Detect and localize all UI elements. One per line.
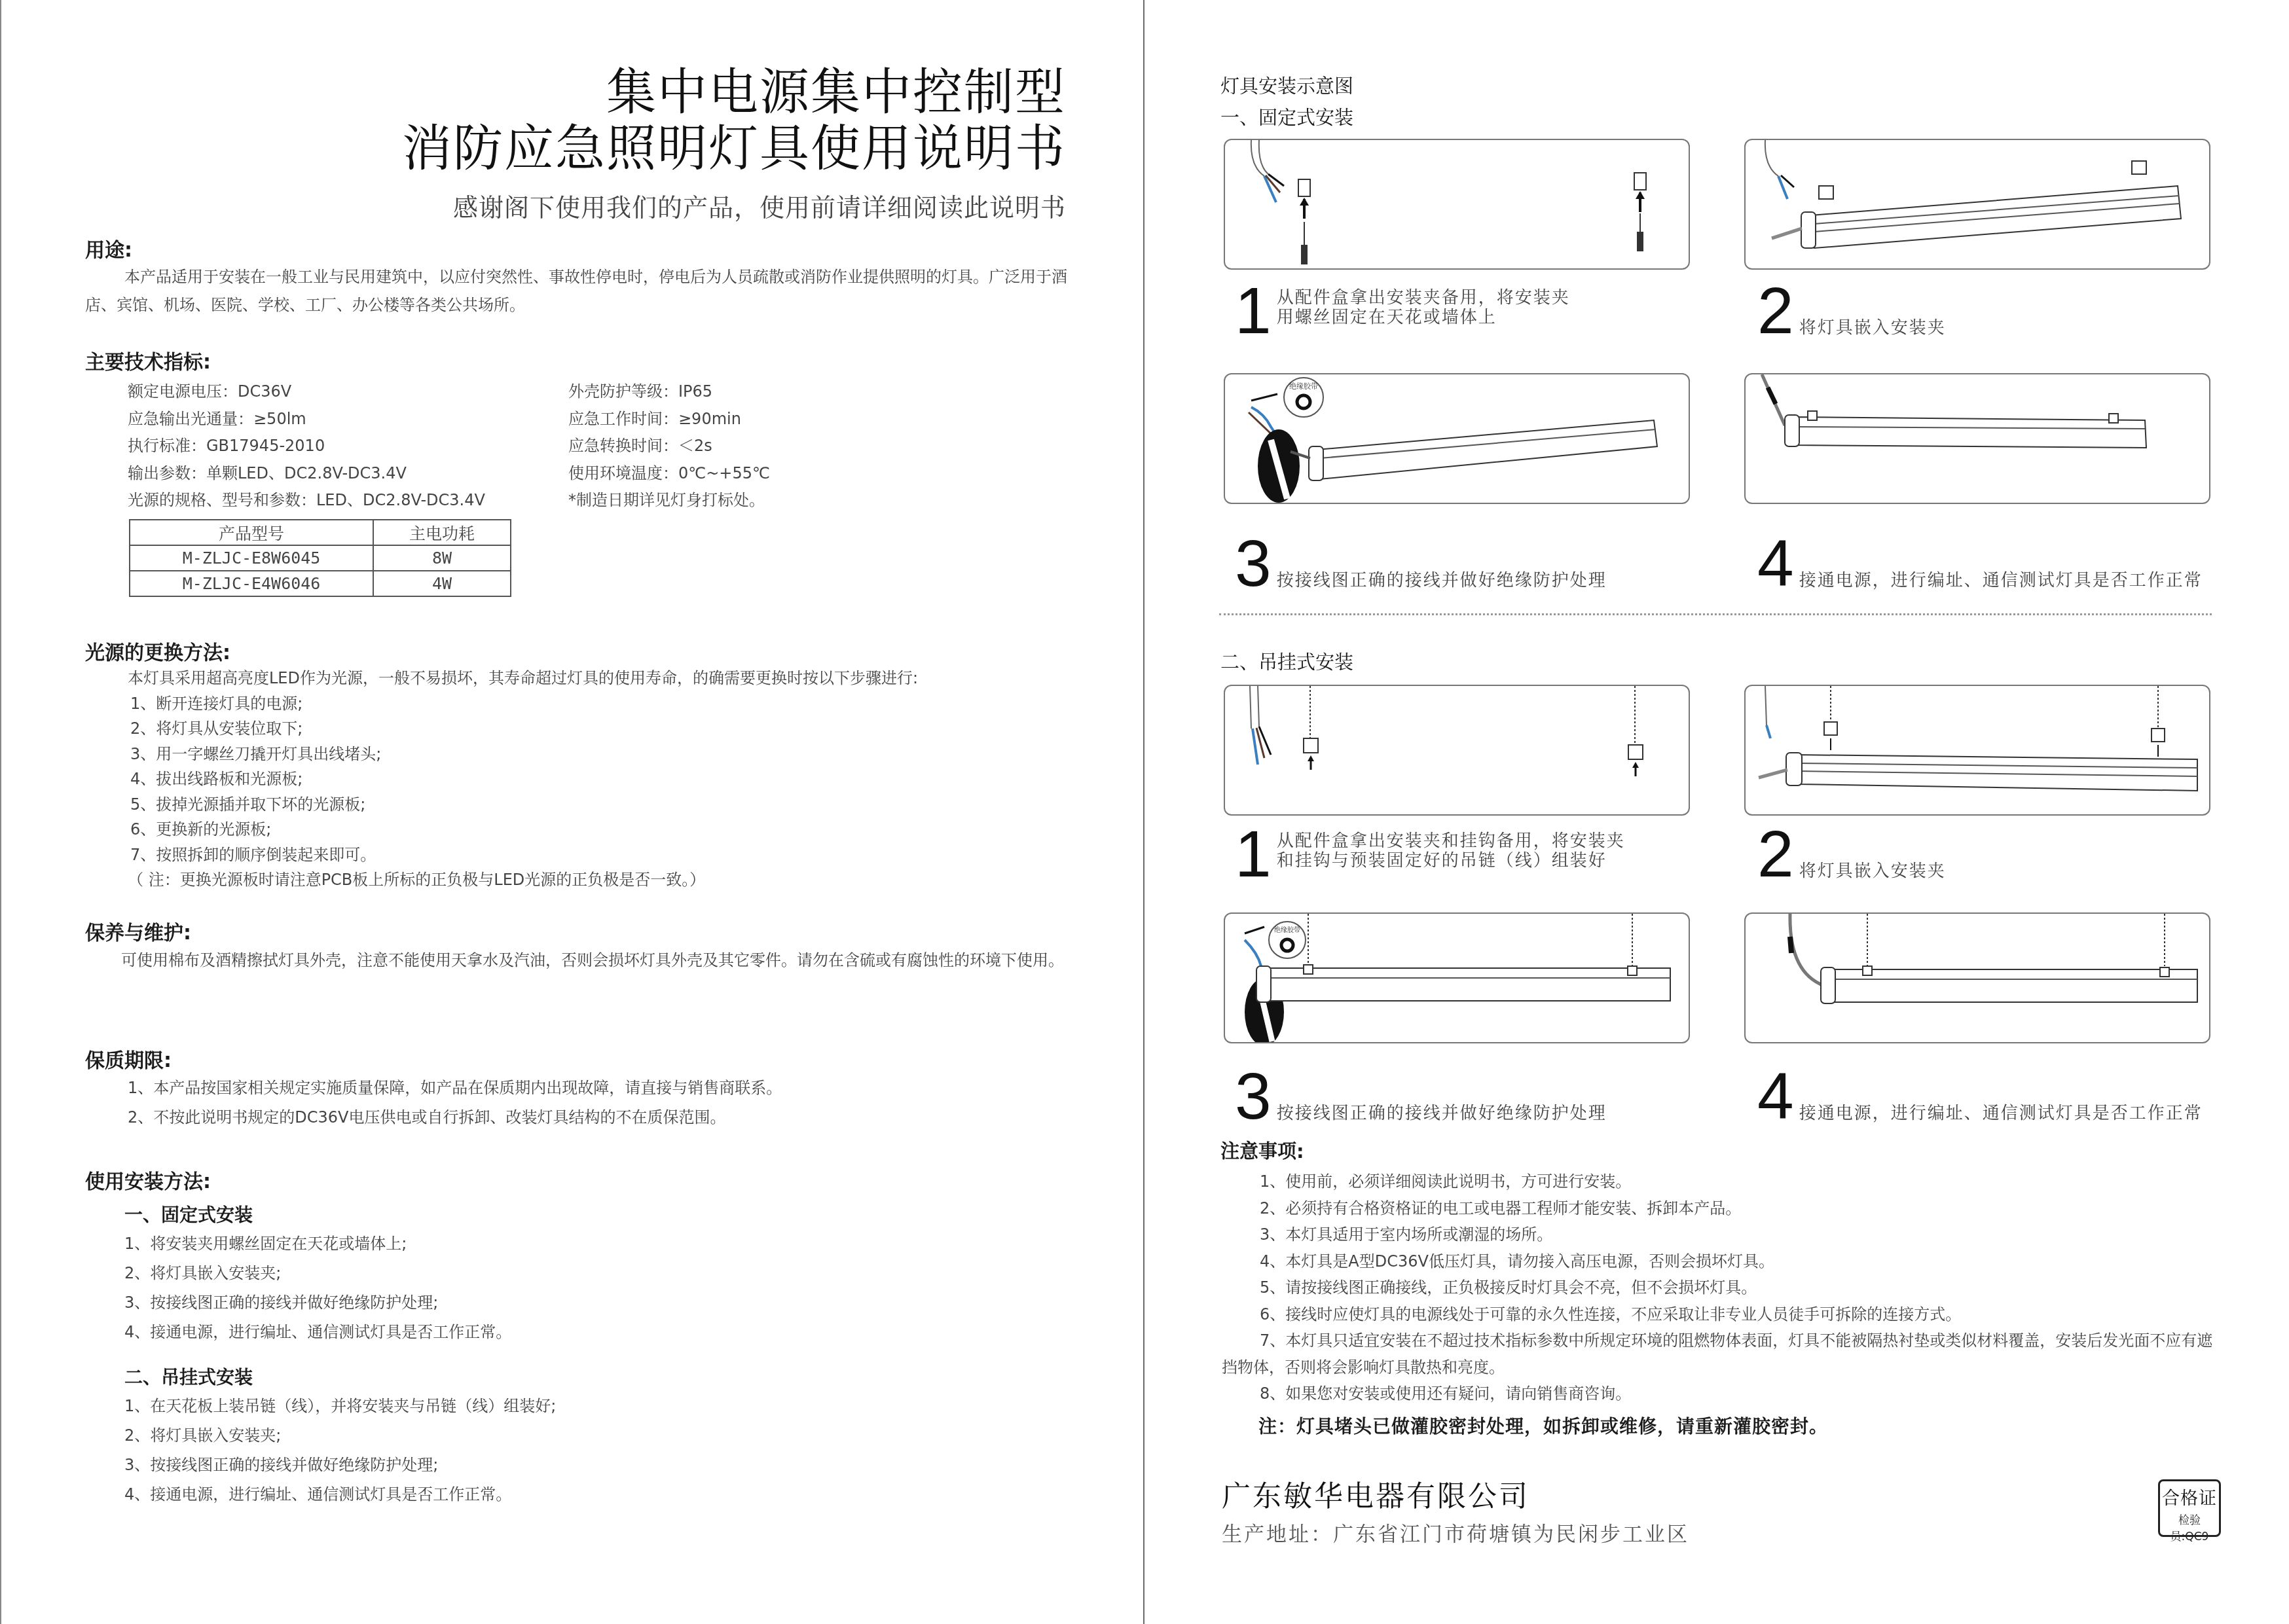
power-on-illustration [1746,374,2210,504]
step-text-line: 从配件盒拿出安装夹备用，将安装夹 [1277,288,1570,308]
purpose-text: 本产品适用于安装在一般工业与民用建筑中，以应付突然性、事故性停电时，停电后为人员… [85,263,1067,319]
tape-label: 绝缘胶带 [1289,382,1318,391]
table-cell: 4W [373,571,511,596]
list-item: 2、将灯具嵌入安装夹; [124,1421,556,1451]
hanging-step-3: 3 按接线图正确的接线并做好绝缘防护处理 [1235,1068,1607,1125]
screwdriver-clip-illustration [1225,140,1690,270]
replacement-list: 本灯具采用超高亮度LED作为光源，一般不易损坏，其寿命超过灯具的使用寿命，的确需… [128,666,918,893]
list-item: 1、在天花板上装吊链（线），并将安装夹与吊链（线）组装好; [124,1392,556,1421]
spec-left: 输出参数：单颗LED、DC2.8V-DC3.4V [128,460,568,483]
spec-left: 额定电源电压：DC36V [128,378,568,401]
note-item: 5、请按接线图正确接线，正负极接反时灯具会不亮，但不会损坏灯具。 [1222,1274,2217,1301]
title-line-2: 消防应急照明灯具使用说明书 [402,120,1066,177]
step-text: 接通电源，进行编址、通信测试灯具是否工作正常 [1799,1104,2203,1125]
list-item: 1、断开连接灯具的电源; [128,691,918,717]
lamp-insert-illustration [1746,140,2210,270]
qc-inspector: 检验员:QC9 [2160,1511,2219,1543]
spec-row: 应急输出光通量：≥50lm应急工作时间：≥90min [128,404,848,431]
warranty-list: 1、本产品按国家相关规定实施质量保障，如产品在保质期内出现故障，请直接与销售商联… [128,1074,782,1132]
wiring-tape-illustration: 绝缘胶带 [1225,374,1690,504]
chain-wiring-tape-illustration: 绝缘胶带 [1225,914,1690,1043]
installation-heading: 使用安装方法: [85,1165,211,1194]
list-item: 4、接通电源，进行编址、通信测试灯具是否工作正常。 [124,1480,556,1509]
step-number: 3 [1235,535,1272,592]
list-item: 1、本产品按国家相关规定实施质量保障，如产品在保质期内出现故障，请直接与销售商联… [128,1074,782,1103]
step-text: 将灯具嵌入安装夹 [1799,861,1946,882]
step-number: 3 [1235,1068,1272,1125]
list-item: 2、将灯具从安装位取下; [128,716,918,742]
spec-row: 输出参数：单颗LED、DC2.8V-DC3.4V使用环境温度：0℃~+55℃ [128,458,848,486]
step-number: 2 [1757,283,1794,339]
note-item: 2、必须持有合格资格证的电工或电器工程师才能安装、拆卸本产品。 [1222,1195,2217,1222]
list-item: 3、按接线图正确的接线并做好绝缘防护处理; [124,1451,556,1480]
replacement-intro: 本灯具采用超高亮度LED作为光源，一般不易损坏，其寿命超过灯具的使用寿命，的确需… [128,666,918,691]
maintenance-heading: 保养与维护: [85,916,191,945]
step-text: 接通电源，进行编址、通信测试灯具是否工作正常 [1799,571,2203,592]
table-row: M-ZLJC-E8W6045 8W [130,545,511,571]
table-row: M-ZLJC-E4W6046 4W [130,571,511,596]
step-text: 按接线图正确的接线并做好绝缘防护处理 [1277,571,1607,592]
spec-right: 外壳防护等级：IP65 [568,378,712,401]
warranty-heading: 保质期限: [85,1044,172,1073]
diagram-panel-fixed-2 [1744,139,2210,270]
notes-list: 1、使用前，必须详细阅读此说明书，方可进行安装。 2、必须持有合格资格证的电工或… [1222,1168,2217,1407]
step-number: 1 [1235,283,1272,339]
tape-label: 绝缘胶带 [1274,926,1300,934]
step-number: 4 [1757,1068,1794,1125]
note-item: 8、如果您对安装或使用还有疑问，请向销售商咨询。 [1222,1380,2217,1407]
section-divider [1219,613,2212,615]
fixed-install-list: 1、将安装夹用螺丝固定在天花或墙体上; 2、将灯具嵌入安装夹; 3、按接线图正确… [124,1229,511,1347]
qc-title: 合格证 [2160,1484,2219,1509]
purpose-heading: 用途: [85,234,132,262]
spec-row: 额定电源电压：DC36V外壳防护等级：IP65 [128,376,848,404]
spec-row: 光源的规格、型号和参数：LED、DC2.8V-DC3.4V*制造日期详见灯身打标… [128,485,848,513]
diagram-panel-hanging-3: 绝缘胶带 [1224,912,1690,1043]
step-text-line: 和挂钩与预装固定好的吊链（线）组装好 [1277,851,1625,871]
spec-right: 应急转换时间：＜2s [568,433,712,456]
step-text: 按接线图正确的接线并做好绝缘防护处理 [1277,1104,1607,1125]
diagram-title: 灯具安装示意图 [1220,72,1353,99]
note-item: 6、接线时应使灯具的电源线处于可靠的永久性连接，不应采取让非专业人员徒手可拆除的… [1222,1301,2217,1328]
hanging-step-4: 4 接通电源，进行编址、通信测试灯具是否工作正常 [1757,1068,2203,1125]
chain-lamp-insert-illustration [1746,686,2210,816]
table-cell: M-ZLJC-E4W6046 [130,571,373,596]
diagram-panel-fixed-1 [1224,139,1690,270]
spec-right: 使用环境温度：0℃~+55℃ [568,460,770,483]
title-line-1: 集中电源集中控制型 [402,64,1066,120]
hanging-install-heading: 二、吊挂式安装 [124,1363,253,1390]
table-header-row: 产品型号 主电功耗 [130,520,511,545]
list-item: 3、用一字螺丝刀撬开灯具出线堵头; [128,742,918,767]
title-block: 集中电源集中控制型 消防应急照明灯具使用说明书 感谢阁下使用我们的产品，使用前请… [402,64,1066,223]
chain-clip-illustration [1225,686,1690,816]
maintenance-text: 可使用棉布及酒精擦拭灯具外壳，注意不能使用天拿水及汽油，否则会损坏灯具外壳及其它… [85,947,1067,975]
spec-left: 应急输出光通量：≥50lm [128,406,568,429]
hanging-diagram-heading: 二、吊挂式安装 [1220,648,1353,675]
note-item: 3、本灯具适用于室内场所或潮湿的场所。 [1222,1221,2217,1248]
spec-right: *制造日期详见灯身打标处。 [568,487,765,510]
list-item: 6、更换新的光源板; [128,817,918,842]
step-number: 1 [1235,826,1272,882]
list-item: 7、按照拆卸的顺序倒装起来即可。 [128,842,918,868]
step-text-line: 从配件盒拿出安装夹和挂钩备用，将安装夹 [1277,831,1625,851]
fixed-install-heading: 一、固定式安装 [124,1201,253,1227]
table-cell: M-ZLJC-E8W6045 [130,545,373,571]
step-number: 4 [1757,535,1794,592]
hanging-install-list: 1、在天花板上装吊链（线），并将安装夹与吊链（线）组装好; 2、将灯具嵌入安装夹… [124,1392,556,1509]
list-item: 5、拔掉光源插并取下坏的光源板; [128,792,918,818]
list-item: 2、将灯具嵌入安装夹; [124,1259,511,1288]
table-header: 主电功耗 [373,520,511,545]
list-item: 2、不按此说明书规定的DC36V电压供电或自行拆卸、改装灯具结构的不在质保范围。 [128,1103,782,1132]
hanging-step-1: 1 从配件盒拿出安装夹和挂钩备用，将安装夹 和挂钩与预装固定好的吊链（线）组装好 [1235,826,1625,882]
note-item: 4、本灯具是A型DC36V低压灯具，请勿接入高压电源，否则会损坏灯具。 [1222,1248,2217,1275]
sealing-note: 注：灯具堵头已做灌胶密封处理，如拆卸或维修，请重新灌胶密封。 [1258,1413,1828,1439]
specs-heading: 主要技术指标: [85,346,211,374]
list-item: 1、将安装夹用螺丝固定在天花或墙体上; [124,1229,511,1259]
note-item: 1、使用前，必须详细阅读此说明书，方可进行安装。 [1222,1168,2217,1195]
step-number: 2 [1757,826,1794,882]
spec-left: 执行标准：GB17945-2010 [128,433,568,456]
diagram-panel-fixed-4 [1744,373,2210,504]
table-cell: 8W [373,545,511,571]
diagram-panel-hanging-4 [1744,912,2210,1043]
spec-right: 应急工作时间：≥90min [568,406,741,429]
list-item: 3、按接线图正确的接线并做好绝缘防护处理; [124,1288,511,1318]
step-text: 从配件盒拿出安装夹备用，将安装夹 用螺丝固定在天花或墙体上 [1277,288,1570,339]
fixed-step-2: 2 将灯具嵌入安装夹 [1757,283,1946,339]
subtitle: 感谢阁下使用我们的产品，使用前请详细阅读此说明书 [402,187,1066,223]
fixed-step-4: 4 接通电源，进行编址、通信测试灯具是否工作正常 [1757,535,2203,592]
spec-row: 执行标准：GB17945-2010应急转换时间：＜2s [128,431,848,458]
diagram-panel-hanging-2 [1744,685,2210,816]
fixed-step-3: 3 按接线图正确的接线并做好绝缘防护处理 [1235,535,1607,592]
step-text: 从配件盒拿出安装夹和挂钩备用，将安装夹 和挂钩与预装固定好的吊链（线）组装好 [1277,831,1625,882]
list-item: 4、接通电源，进行编址、通信测试灯具是否工作正常。 [124,1318,511,1347]
diagram-panel-fixed-3: 绝缘胶带 [1224,373,1690,504]
hanging-step-2: 2 将灯具嵌入安装夹 [1757,826,1946,882]
list-item: 4、拔出线路板和光源板; [128,767,918,792]
fixed-diagram-heading: 一、固定式安装 [1220,103,1353,130]
replacement-heading: 光源的更换方法: [85,636,230,665]
qc-certificate-badge: 合格证 检验员:QC9 [2158,1479,2221,1537]
specs-grid: 额定电源电压：DC36V外壳防护等级：IP65 应急输出光通量：≥50lm应急工… [128,376,848,513]
step-text-line: 用螺丝固定在天花或墙体上 [1277,308,1570,327]
company-address: 生产地址：广东省江门市荷塘镇为民闲步工业区 [1222,1517,1689,1547]
list-note: （ 注：更换光源板时请注意PCB板上所标的正负极与LED光源的正负极是否一致。） [128,867,918,893]
diagram-panel-hanging-1 [1224,685,1690,816]
left-page: 集中电源集中控制型 消防应急照明灯具使用说明书 感谢阁下使用我们的产品，使用前请… [0,0,1144,1624]
model-table: 产品型号 主电功耗 M-ZLJC-E8W6045 8W M-ZLJC-E4W60… [129,519,511,597]
step-text: 将灯具嵌入安装夹 [1799,318,1946,339]
chain-power-on-illustration [1746,914,2210,1043]
note-item: 7、本灯具只适宜安装在不超过技术指标参数中所规定环境的阻燃物体表面，灯具不能被隔… [1222,1327,2217,1380]
company-name: 广东敏华电器有限公司 [1222,1473,1529,1515]
spec-left: 光源的规格、型号和参数：LED、DC2.8V-DC3.4V [128,487,568,510]
table-header: 产品型号 [130,520,373,545]
notes-heading: 注意事项: [1220,1137,1304,1164]
fixed-step-1: 1 从配件盒拿出安装夹备用，将安装夹 用螺丝固定在天花或墙体上 [1235,283,1570,339]
